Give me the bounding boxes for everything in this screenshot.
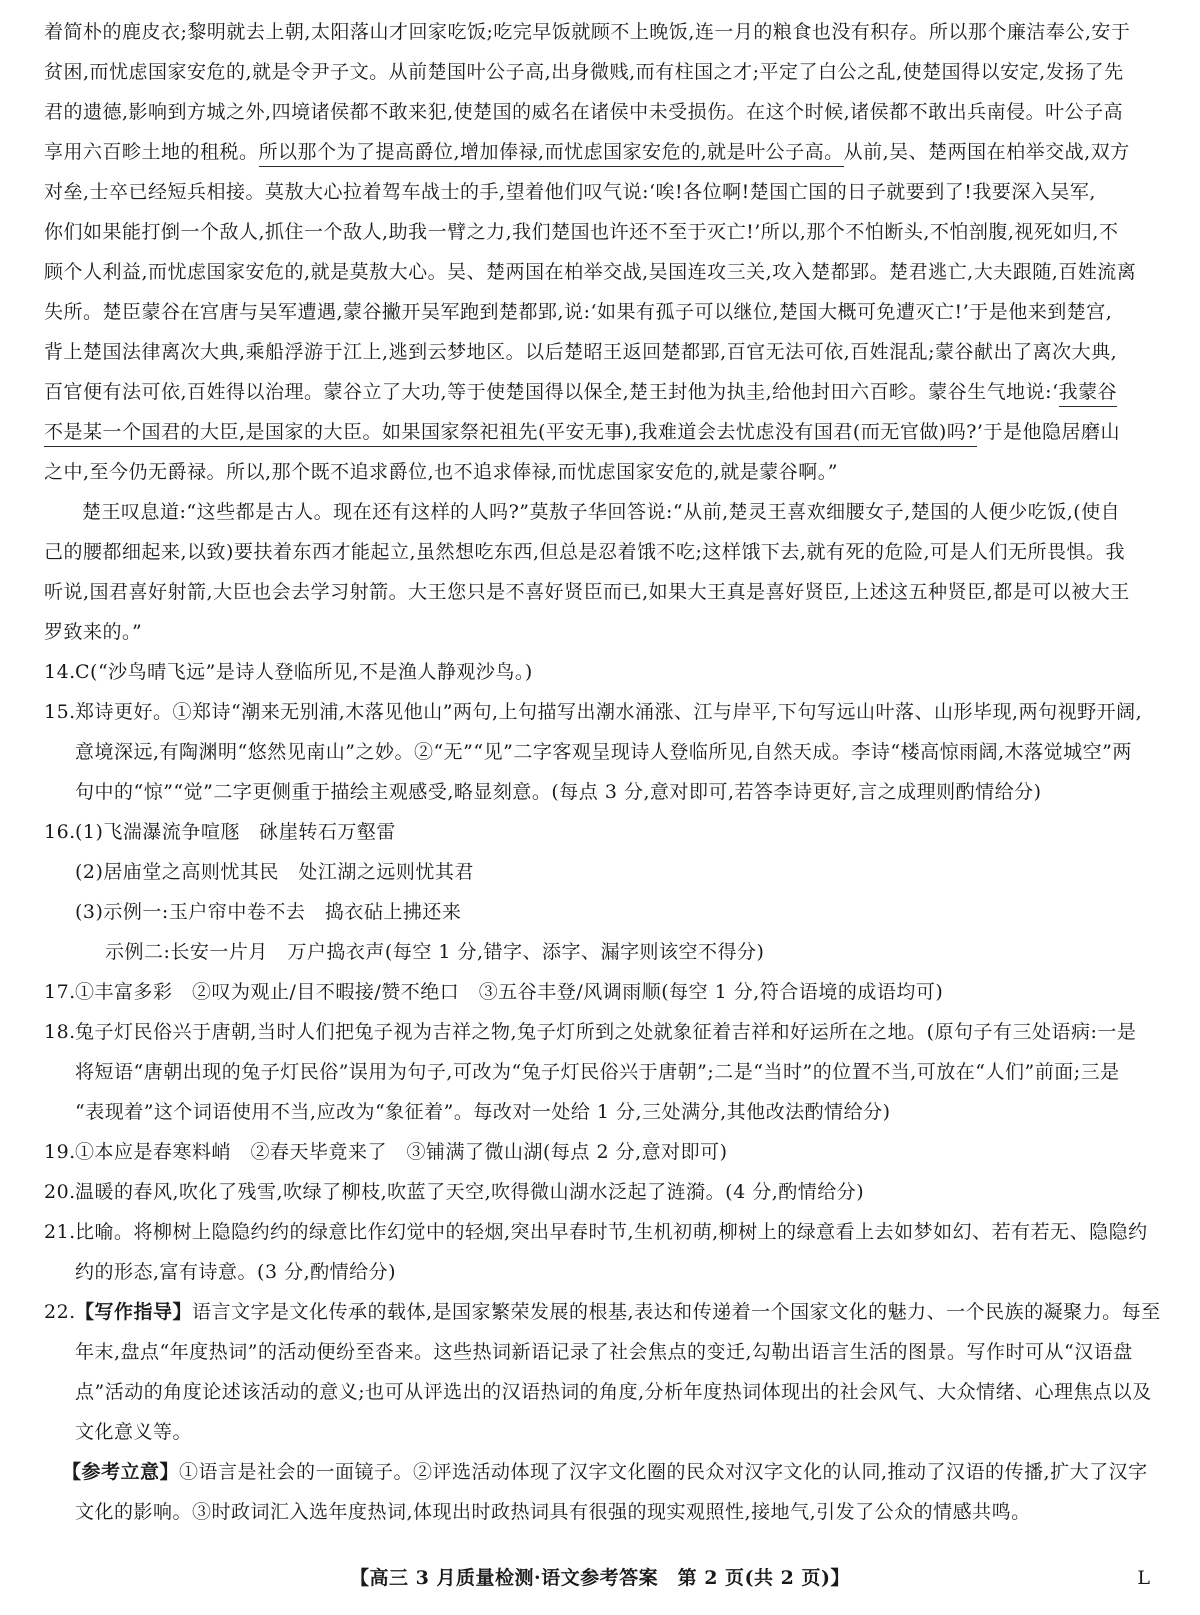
question-number: 20.	[44, 1172, 75, 1212]
translation-line: 失所。楚臣蒙谷在宫唐与吴军遭遇,蒙谷撇开吴军跑到楚都郢,说:‘如果有孤子可以继位…	[44, 292, 1170, 332]
underlined-passage: 不是某一个国君的大臣,是国家的大臣。如果国家祭祀祖先(平安无事),我难道会去忧虑…	[44, 421, 977, 447]
translation-line: 听说,国君喜好射箭,大臣也会去学习射箭。大王您只是不喜好贤臣而已,如果大王真是喜…	[44, 572, 1170, 612]
translation-line: 着简朴的鹿皮衣;黎明就去上朝,太阳落山才回家吃饭;吃完早饭就顾不上晚饭,连一月的…	[44, 12, 1170, 52]
question-number: 17.	[44, 972, 75, 1012]
answer-18-line: 将短语“唐朝出现的兔子灯民俗”误用为句子,可改为“兔子灯民俗兴于唐朝”;二是“当…	[44, 1052, 1170, 1092]
answer-22-line: 点”活动的角度论述该活动的意义;也可从评选出的汉语热词的角度,分析年度热词体现出…	[44, 1372, 1170, 1412]
translation-line: 罗致来的。”	[44, 612, 1170, 652]
answer-16-line: (2)居庙堂之高则忧其民 处江湖之远则忧其君	[44, 852, 1170, 892]
question-number: 21.	[44, 1212, 75, 1252]
answer-17-line: 17.①丰富多彩 ②叹为观止/目不暇接/赞不绝口 ③五谷丰登/风调雨顺(每空 1…	[44, 972, 1170, 1012]
answer-18-line: 18.兔子灯民俗兴于唐朝,当时人们把兔子视为吉祥之物,兔子灯所到之处就象征着吉祥…	[44, 1012, 1170, 1052]
translation-paragraph: 着简朴的鹿皮衣;黎明就去上朝,太阳落山才回家吃饭;吃完早饭就顾不上晚饭,连一月的…	[0, 12, 1200, 652]
footer-title: 【高三 3 月质量检测·语文参考答案 第 2 页(共 2 页)】	[0, 1558, 1200, 1598]
answers-list: 14.C(“沙鸟晴飞远”是诗人登临所见,不是渔人静观沙鸟。) 15.郑诗更好。①…	[0, 652, 1200, 1532]
underlined-passage: 我蒙谷	[1059, 381, 1118, 407]
translation-line: 背上楚国法律离次大典,乘船浮游于江上,逃到云梦地区。以后楚昭王返回楚都郢,百官无…	[44, 332, 1170, 372]
question-number: 18.	[44, 1012, 75, 1052]
question-number: 14.	[44, 652, 75, 692]
exam-answer-page: 着简朴的鹿皮衣;黎明就去上朝,太阳落山才回家吃饭;吃完早饭就顾不上晚饭,连一月的…	[0, 0, 1200, 1615]
answer-15-line: 意境深远,有陶渊明“悠然见南山”之妙。②“无”“见”二字客观呈现诗人登临所见,自…	[44, 732, 1170, 772]
answer-21-line: 21.比喻。将柳树上隐隐约约的绿意比作幻觉中的轻烟,突出早春时节,生机初萌,柳树…	[44, 1212, 1170, 1252]
answer-22-line: 文化意义等。	[44, 1412, 1170, 1452]
question-number: 22.	[44, 1292, 75, 1332]
answer-18-line: “表现着”这个词语使用不当,应改为“象征着”。每改对一处给 1 分,三处满分,其…	[44, 1092, 1170, 1132]
footer-version-letter: L	[1137, 1558, 1150, 1598]
answer-22-line: 【参考立意】①语言是社会的一面镜子。②评选活动体现了汉字文化圈的民众对汉字文化的…	[44, 1452, 1170, 1492]
answer-14-line: 14.C(“沙鸟晴飞远”是诗人登临所见,不是渔人静观沙鸟。)	[44, 652, 1170, 692]
page-footer: 【高三 3 月质量检测·语文参考答案 第 2 页(共 2 页)】 L	[0, 1558, 1200, 1598]
translation-line: 己的腰都细起来,以致)要扶着东西才能起立,虽然想吃东西,但总是忍着饿不吃;这样饿…	[44, 532, 1170, 572]
writing-guide-tag: 【写作指导】	[75, 1301, 192, 1323]
answer-16-line: 示例二:长安一片月 万户捣衣声(每空 1 分,错字、添字、漏字则该空不得分)	[44, 932, 1170, 972]
answer-15-line: 15.郑诗更好。①郑诗“潮来无别浦,木落见他山”两句,上句描写出潮水涌涨、江与岸…	[44, 692, 1170, 732]
translation-line: 享用六百畛土地的租税。所以那个为了提高爵位,增加俸禄,而忧虑国家安危的,就是叶公…	[44, 132, 1170, 172]
question-number: 16.	[44, 812, 75, 852]
answer-22-line: 文化的影响。③时政词汇入选年度热词,体现出时政热词具有很强的现实观照性,接地气,…	[44, 1492, 1170, 1532]
answer-20-line: 20.温暖的春风,吹化了残雪,吹绿了柳枝,吹蓝了天空,吹得微山湖水泛起了涟漪。(…	[44, 1172, 1170, 1212]
question-number: 15.	[44, 692, 75, 732]
answer-15-line: 句中的“惊”“觉”二字更侧重于描绘主观感受,略显刻意。(每点 3 分,意对即可,…	[44, 772, 1170, 812]
translation-line: 对垒,士卒已经短兵相接。莫敖大心拉着驾车战士的手,望着他们叹气说:‘唉!各位啊!…	[44, 172, 1170, 212]
translation-line: 君的遗德,影响到方城之外,四境诸侯都不敢来犯,使楚国的威名在诸侯中未受损伤。在这…	[44, 92, 1170, 132]
question-number: 19.	[44, 1132, 75, 1172]
answer-19-line: 19.①本应是春寒料峭 ②春天毕竟来了 ③铺满了微山湖(每点 2 分,意对即可)	[44, 1132, 1170, 1172]
translation-line: 百官便有法可依,百姓得以治理。蒙谷立了大功,等于使楚国得以保全,楚王封他为执圭,…	[44, 372, 1170, 412]
translation-line: 你们如果能打倒一个敌人,抓住一个敌人,助我一臂之力,我们楚国也许还不至于灭亡!’…	[44, 212, 1170, 252]
answer-16-line: (3)示例一:玉户帘中卷不去 捣衣砧上拂还来	[44, 892, 1170, 932]
translation-line: 顾个人利益,而忧虑国家安危的,就是莫敖大心。吴、楚两国在柏举交战,吴国连攻三关,…	[44, 252, 1170, 292]
answer-22-line: 22.【写作指导】语言文字是文化传承的载体,是国家繁荣发展的根基,表达和传递着一…	[44, 1292, 1170, 1332]
answer-21-line: 约的形态,富有诗意。(3 分,酌情给分)	[44, 1252, 1170, 1292]
translation-line: 之中,至今仍无爵禄。所以,那个既不追求爵位,也不追求俸禄,而忧虑国家安危的,就是…	[44, 452, 1170, 492]
translation-line: 楚王叹息道:“这些都是古人。现在还有这样的人吗?”莫敖子华回答说:“从前,楚灵王…	[44, 492, 1170, 532]
answer-22-line: 年末,盘点“年度热词”的活动便纷至沓来。这些热词新语记录了社会焦点的变迁,勾勒出…	[44, 1332, 1170, 1372]
translation-line: 贫困,而忧虑国家安危的,就是令尹子文。从前楚国叶公子高,出身微贱,而有柱国之才;…	[44, 52, 1170, 92]
underlined-passage: 所以那个为了提高爵位,增加俸禄,而忧虑国家安危的,就是叶公子高。	[259, 141, 844, 167]
translation-line: 不是某一个国君的大臣,是国家的大臣。如果国家祭祀祖先(平安无事),我难道会去忧虑…	[44, 412, 1170, 452]
answer-16-line: 16.(1)飞湍瀑流争喧豗 砯崖转石万壑雷	[44, 812, 1170, 852]
reference-ideas-tag: 【参考立意】	[62, 1461, 179, 1483]
